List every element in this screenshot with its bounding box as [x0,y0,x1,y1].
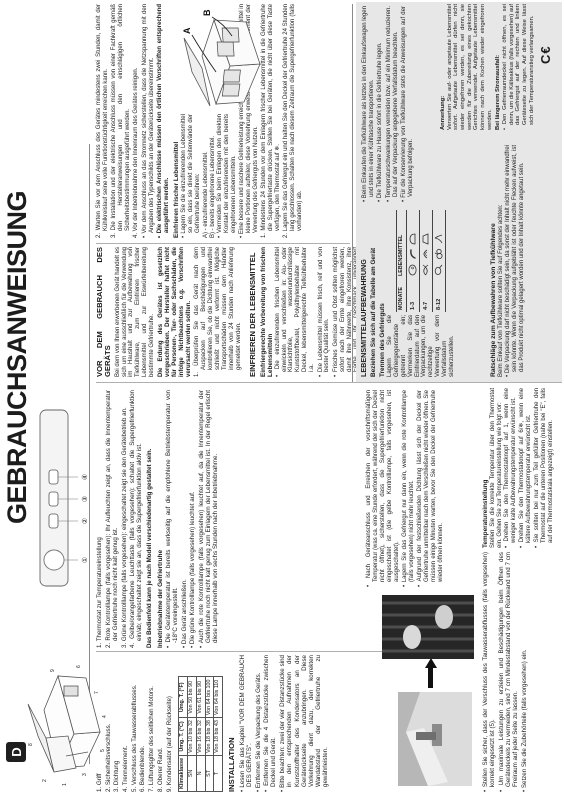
bullet: Lagern Sie die einzufrierenden Lebensmit… [181,114,202,238]
bullet: Nach Geräteanschluss und Erreichen der v… [366,390,400,587]
table-row: N Von 16 bis 32 Von 61 bis 90 [196,677,205,792]
vor-gebrauch-column: VOR DEM GEBRAUCH DES GERÄTS Bei dem von … [96,247,384,377]
panel-legend-column: 1. Thermostat zur Temperatureinstellung … [96,390,221,648]
legend-item: 5. Verschluss des Tauwasserabflusses. [131,655,138,792]
label-a: A) - einzufrierende Lebensmittel. [203,114,210,238]
ratschlaege-block: Ratschläge zum Aufbewahren von Tiefkühlw… [490,145,528,377]
green-lamp [49,492,58,506]
bullet: Die einzufrierenden frischen Lebensmitte… [275,247,316,377]
cell: Von 64 bis 100 [205,677,214,718]
cell: Von 61 bis 90 [196,677,205,718]
legend-item: 6. Bedienblende. [139,655,146,792]
table-row: 4-7 [419,210,432,312]
cell: T [214,755,223,791]
device-legend-column: 1. Griff 2. Sicherheitsverschluss. 3. Di… [96,655,331,792]
food-col-header: LEBENSMITTEL [397,210,407,278]
legend-item: 4. Trennelement. [122,655,129,792]
inbetriebnahme-heading: Inbetriebnahme der Gefriertruhe [157,390,164,648]
bullet: Die elektrischen Anschlüsse müssen den ö… [157,4,171,238]
inbetriebnahme-continued: Nach Geräteanschluss und Erreichen der v… [366,390,446,587]
bullet: Die Tiefkühlware zu Hause sofort in die … [377,6,384,202]
table-row: SN Von 10 bis 32 Von 50 bis 90 [187,677,196,792]
panel-legend-item: 1. Thermostat zur Temperatureinstellung [96,390,103,648]
stromausfall-heading: Bei längerem Stromausfall: [495,4,502,130]
manual-page: D GEBRAUCHSANWEISUNG 8 2 1 3 5 4 9 6 7 [0,0,564,800]
climate-header: Umg. T. (°F) [178,677,187,718]
bullet: Vor dem Anschluss an das Stromnetz siche… [142,4,156,238]
bullet: Die Verpackung darf nicht beschädigt sei… [505,145,526,377]
months-col-header: MONATE [397,278,407,312]
aufbewahrung-heading: LEBENSMITTELAUFBEWAHRUNG [360,217,368,377]
figure-label-b: B [202,9,212,16]
vor-gebrauch-heading: VOR DEM GEBRAUCH DES GERÄTS [96,247,113,377]
legend-item: 9. Kondensator (auf der Rückseite) [166,655,173,792]
anmerkung-block: Anmerkung: Verwerten Sie auf- oder anget… [440,4,537,130]
bullet: Beim Einkaufen die Tiefkühlware als letz… [362,6,376,202]
diagram-callout-9: 9 [50,669,56,672]
bullet: Die grüne Kontrolllampe (falls vorgesehe… [189,390,196,648]
installation-bullets-continued: Stellen Sie sicher, dass der Verschluss … [482,552,530,792]
label-b: B) - bereits eingefrorene Lebensmittel. [210,114,217,238]
installation-bullet: Lesen Sie das Kapitel "VOR DEM GEBRAUCH … [239,655,253,792]
months-value: 8-12 [432,278,445,312]
cell: Von 18 bis 43 [214,718,223,756]
grounding-warning: Die Erdung des Gerätes ist gesetzlich vo… [158,247,192,377]
bullet: Temperaturschwankungen vermeiden bzw. au… [386,6,400,202]
panel-legend-item: 4. Gelbe/orangefarbene Leuchttaste (fall… [129,390,143,648]
panel-callout-4: ④ [81,474,89,480]
bullet: Sie sollten bei nur zum Teil gefüllter G… [534,388,555,548]
cell: Von 16 bis 32 [196,718,205,756]
cell: ST [205,755,214,791]
shellfish-icon [421,248,430,260]
numbered-item: 3. Die Installation und der elektrische … [111,4,132,238]
loading-ab-figure: A B [176,4,272,112]
panel-note: Das Bedienfeld kann je nach Modell versc… [146,390,153,648]
trennen-text: Lagern Sie die Gefriergegenstände getren… [387,315,456,377]
diagram-callout-8: 8 [28,743,34,746]
legend-item: 7. Lüftungsgitter des seitlichen Motors. [148,655,155,792]
ratschlaege-intro: Beim Einkauf von Tiefkühlware sollten Si… [498,145,505,377]
cell: Von 18 bis 38 [205,718,214,756]
bullet: Die Lebensmittel müssen frisch, reif und… [318,247,332,377]
installation-bullet: Setzen Sie die Zubehörteile (falls vorge… [521,552,528,792]
diagram-callout-2: 2 [42,779,48,782]
cell: Von 10 bis 32 [187,718,196,756]
diagram-callout-6: 6 [76,665,82,668]
cell: Von 64 bis 110 [214,677,223,718]
numbered-item: 2. Warten Sie vor dem Anschluss des Gerä… [96,4,110,238]
panel-callout-2: ② [81,518,89,524]
panel-callout-1: ① [81,557,89,563]
bread-icon [408,233,417,245]
food-icons [432,210,445,278]
screenshot-rotated-manual-page: D GEBRAUCHSANWEISUNG 8 2 1 3 5 4 9 6 7 [0,0,564,800]
numbered-item: 1. Überprüfen Sie das Gerät nach dem Aus… [194,247,242,377]
months-value: 1-3 [406,278,419,312]
temperature-intro: Stellen Sie die korrekte Temperatur über… [490,388,504,548]
panel-callout-3: ③ [81,496,89,502]
storage-months-table: MONATE LEBENSMITTEL 1-3 4-7 [396,210,446,312]
bullet: Den Gefrierraumdeckel nicht öffnen, es s… [502,4,535,130]
shopping-tips: Beim Einkaufen die Tiefkühlware als letz… [362,6,416,202]
bullet: Vermeiden Sie beim Einlegen den direkten… [217,114,238,238]
einfrieren-sub: Einfriergerechte Vorbereitung von frisch… [260,247,274,377]
bullet: Drehen Sie den Thermostatknopf auf 1, we… [504,388,518,548]
anmerkung-heading: Anmerkung: [440,4,447,130]
cell: N [196,755,205,791]
ratschlaege-heading: Ratschläge zum Aufbewahren von Tiefkühlw… [490,145,497,377]
fruit-icon [434,248,443,260]
spacer-blob [435,605,453,629]
cell: SN [187,755,196,791]
installation-bullet: Entfernen Sie die 4 Distanzstücke zwisch… [263,655,277,792]
installation-bullet: Bitte beachten: zwei der vier Distanzstü… [279,655,329,792]
cheese-icon [421,233,430,245]
climate-class-table: Klimaklasse Umg. T. (°C) Umg. T. (°F) SN… [178,676,224,792]
numbered-item: 4. Vor der Inbetriebnahme den Innenraum … [133,4,140,238]
column-divider-2 [96,382,562,383]
ham-icon [408,264,417,276]
step: 2. Lagern Sie das Gefriergut ein und hal… [283,4,304,238]
bullet: Drehen Sie den Thermostatknopf auf 6/❄, … [519,388,533,548]
vegetable-icon [434,233,443,245]
storage-section: LEBENSMITTELAUFBEWAHRUNG Beziehen Sie si… [356,2,562,382]
panel-legend-item: 2. Rote Kontrolllampe (falls vorgesehen)… [105,390,119,648]
legend-item: 3. Dichtung [113,655,120,792]
language-badge: D [6,742,26,762]
diagram-callout-3: 3 [82,773,88,776]
table-row: ST Von 18 bis 38 Von 64 bis 100 [205,677,214,792]
fish-icon [421,264,430,276]
climate-header: Klimaklasse [178,755,187,791]
table-row: T Von 18 bis 43 Von 64 bis 110 [214,677,223,792]
legend-item: 1. Griff [96,655,103,792]
food-icons [419,210,432,278]
installation-bullet: Entfernen Sie die Verpackung des Geräts. [255,655,262,792]
temperature-section: Temperatureinstellung Stellen Sie die ko… [482,388,557,548]
section-divider [352,4,353,382]
months-value: 4-7 [419,278,432,312]
table-row: 1-3 [406,210,419,312]
installation-bullet: Stellen Sie sicher, dass der Verschluss … [482,552,496,792]
installation-bullet: Um maximale Leistungen zu erzielen und B… [498,552,520,792]
climate-header: Umg. T. (°C) [178,718,187,756]
spacer-blob [403,625,421,649]
aufbewahrung-sub: Beziehen Sie sich auf die Tabelle am Ger… [370,217,377,377]
panel-legend-item: 3. Grüne Kontrolllampe (falls vorgesehen… [121,390,128,648]
bullet: Für die Konservierung von Tiefkühlware s… [401,6,415,202]
cell: Von 50 bis 90 [187,677,196,718]
legend-item: 2. Sicherheitsverschluss. [105,655,112,792]
diagram-callout-1: 1 [62,783,68,786]
superfreeze-button [49,470,58,484]
ce-mark: C€ [538,45,553,64]
freezer-corner-photo [398,692,472,786]
temperature-heading: Temperatureinstellung [482,388,489,548]
page-title: GEBRAUCHSANWEISUNG [2,191,33,524]
bullet: Die Gerätetemperatur ist bereits werksei… [165,390,179,648]
figure-label-a: A [182,27,192,34]
sausage-icon [408,248,417,260]
paragraph: Bei dem von Ihnen erworbenen Gerät hande… [115,247,156,377]
column-divider-3 [96,243,350,244]
control-panel-figure: ① ② ③ ④ [38,400,90,590]
poultry-icon [434,264,443,276]
table-row: 8-12 [432,210,445,312]
red-lamp [49,514,58,528]
bullet: Aufgrund der festschließenden Dichtung l… [417,390,445,587]
legend-item: 8. Oberer Rand. [157,655,164,792]
condenser-photo [382,595,474,659]
pointer-arrow [428,668,433,688]
trennen-heading: Trennen des Gefrierguts [379,217,386,377]
bullet: Das Gerät anschließen. [181,390,188,648]
installation-heading: INSTALLATION [228,655,236,792]
einfrieren-heading: EINFRIEREN DER LEBENSMITTEL [249,247,257,377]
food-icons [406,210,419,278]
bullet: Lagern Sie das Gefriergut nur dann ein, … [402,390,416,587]
bullet: Auch die rote Kontrolllampe (falls vorge… [198,390,220,648]
device-legend: 1. Griff 2. Sicherheitsverschluss. 3. Di… [96,655,173,792]
anmerkung-text: Verwerten Sie auf- oder angetaute Lebens… [447,4,494,130]
